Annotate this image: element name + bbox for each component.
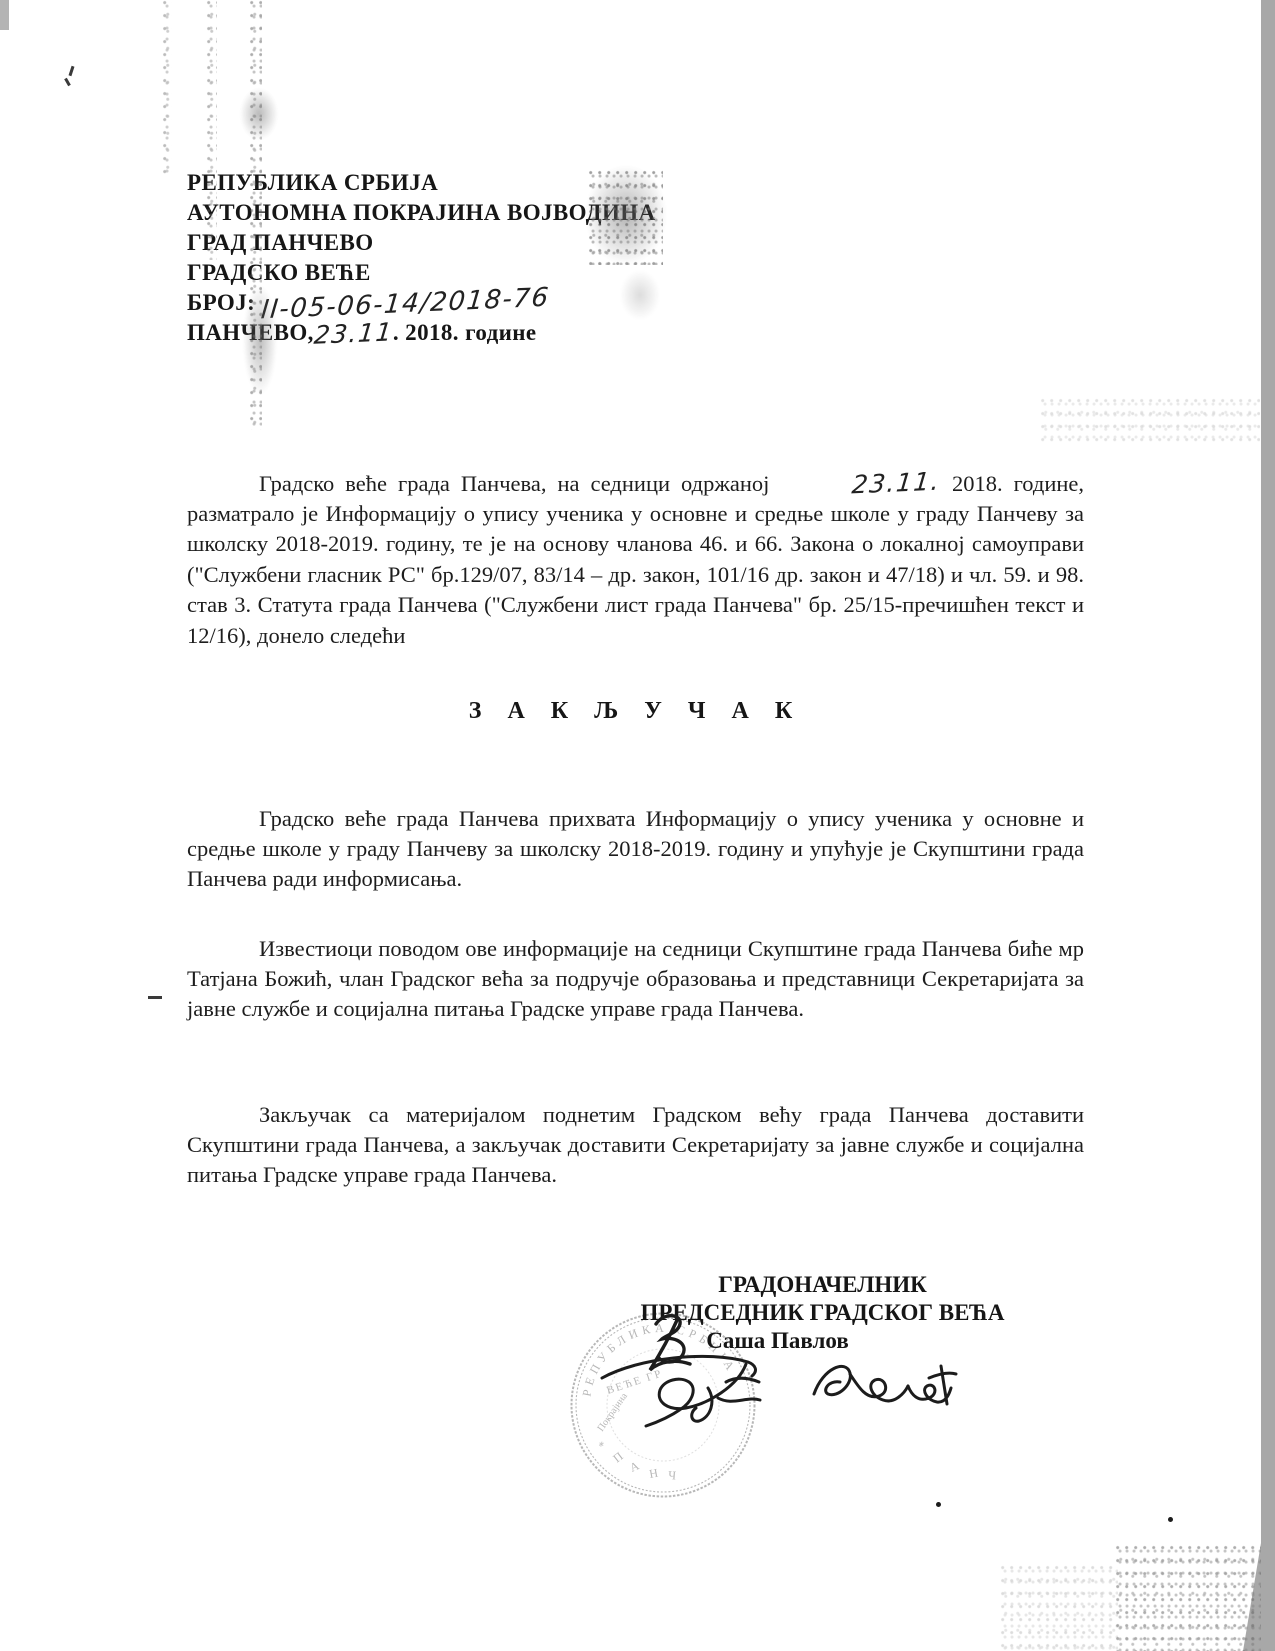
scan-noise-blob: [620, 270, 660, 320]
svg-text:*: *: [595, 1438, 610, 1451]
svg-text:А: А: [628, 1458, 642, 1474]
svg-text:Н: Н: [648, 1466, 659, 1481]
paragraph-intro-after-date: 2018. године, разматрало је Информацију …: [187, 471, 1084, 648]
scan-pen-tick: [148, 996, 162, 999]
svg-text:Ч: Ч: [668, 1468, 677, 1483]
scan-noise-corner-field: [1000, 1565, 1118, 1651]
scan-ink-dot: [1168, 1517, 1173, 1522]
scan-noise-blob: [243, 285, 277, 395]
scan-edge-band: [1261, 0, 1275, 1651]
paragraph-intro-before-date: Градско веће града Панчева, на седници о…: [259, 471, 769, 496]
scan-ink-dot: [936, 1502, 941, 1507]
paragraph-intro: Градско веће града Панчева, на седници о…: [187, 469, 1084, 651]
scan-pen-tick: [64, 78, 71, 86]
scan-noise-streak: [162, 0, 172, 180]
scan-corner-strip: [0, 0, 9, 30]
svg-text:П: П: [610, 1449, 626, 1466]
scan-noise-corner-field: [1115, 1545, 1261, 1651]
scan-noise-blob: [240, 88, 278, 140]
conclusion-title: З А К Љ У Ч А К: [187, 698, 1084, 725]
scan-noise-patch: [1040, 398, 1260, 444]
scanned-document-page: РЕПУБЛИКА СРБИЈА АУТОНОМНА ПОКРАЈИНА ВОЈ…: [0, 0, 1275, 1651]
signature-role-mayor: ГРАДОНАЧЕЛНИК: [625, 1272, 1020, 1298]
paragraph-delivery: Закључак са материјалом поднетим Градско…: [187, 1100, 1084, 1191]
scan-noise-streak: [206, 0, 217, 260]
handwritten-signature: [596, 1338, 961, 1428]
document-date-typed: . 2018. године: [393, 320, 537, 345]
scan-smudge-speckle: [588, 170, 663, 265]
document-date-handwritten: 23.11: [313, 319, 394, 348]
scan-pen-tick: [69, 66, 75, 76]
stamp-bottom-letters: * П А Н Ч: [595, 1438, 676, 1482]
paragraph-decision: Градско веће града Панчева прихвата Инфо…: [187, 804, 1084, 895]
paragraph-rapporteurs: Известиоци поводом ове информације на се…: [187, 934, 1084, 1025]
session-date-handwritten: 23.11.: [779, 468, 942, 500]
